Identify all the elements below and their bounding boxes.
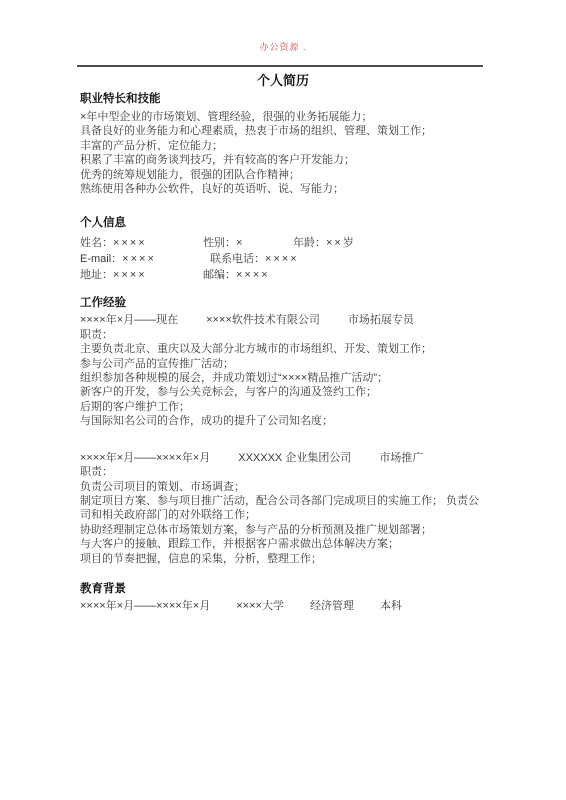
section-experience: 工作经验 ××××年×月——现在 ××××软件技术有限公司 市场拓展专员 职责：…	[80, 296, 482, 566]
field-name: 姓名：××××	[80, 235, 203, 251]
job1-duty: 与国际知名公司的合作，成功的提升了公司知名度；	[80, 414, 482, 428]
education-period: ××××年×月——××××年×月	[80, 599, 210, 613]
job2-duty: 与大客户的接触、跟踪工作，并根据客户需求做出总体解决方案；	[80, 537, 482, 551]
zip-value: ××××	[236, 269, 270, 281]
address-value: ××××	[113, 269, 147, 281]
job2-duty: 制定项目方案、参与项目推广活动，配合公司各部门完成项目的实施工作； 负责公司和相…	[80, 494, 482, 523]
field-address: 地址：××××	[80, 267, 203, 283]
info-row-1: 姓名：×××× 性别：× 年龄：××岁	[80, 235, 482, 251]
skills-heading: 职业特长和技能	[80, 92, 482, 107]
phone-value: ××××	[265, 253, 299, 265]
header-divider	[77, 65, 483, 67]
document-body: 职业特长和技能 ×年中型企业的市场策划、管理经验，很强的业务拓展能力； 具备良好…	[0, 92, 566, 613]
education-heading: 教育背景	[80, 582, 482, 597]
field-gender: 性别：×	[203, 235, 293, 251]
job1-duty: 组织参加各种规模的展会，并成功策划过“××××精品推广活动”；	[80, 371, 482, 385]
section-personal-info: 个人信息 姓名：×××× 性别：× 年龄：××岁 E-mail：×××× 联系电…	[80, 216, 482, 283]
field-phone: 联系电话：××××	[210, 251, 299, 267]
job-entry-2: ××××年×月——××××年×月 XXXXXX 企业集团公司 市场推广 职责： …	[80, 451, 482, 566]
skill-line: 具备良好的业务能力和心理素质，热衷于市场的组织、管理、策划工作；	[80, 124, 482, 138]
skill-line: 优秀的统筹规划能力，很强的团队合作精神；	[80, 168, 482, 182]
age-label: 年龄：	[293, 237, 326, 249]
resume-page: 办公资源 . 个人简历 职业特长和技能 ×年中型企业的市场策划、管理经验，很强的…	[0, 0, 566, 800]
job1-duties-label: 职责：	[80, 328, 482, 342]
section-skills: 职业特长和技能 ×年中型企业的市场策划、管理经验，很强的业务拓展能力； 具备良好…	[80, 92, 482, 196]
job2-position: 市场推广	[379, 451, 423, 465]
job2-duty: 协助经理制定总体市场策划方案，参与产品的分析预测及推广规划部署；	[80, 523, 482, 537]
skill-line: 积累了丰富的商务谈判技巧，并有较高的客户开发能力；	[80, 153, 482, 167]
education-major: 经济管理	[310, 599, 354, 613]
field-email: E-mail：××××	[80, 251, 210, 267]
gender-label: 性别：	[203, 237, 236, 249]
job1-position: 市场拓展专员	[348, 313, 414, 327]
info-row-3: 地址：×××× 邮编：××××	[80, 267, 482, 283]
skill-line: 丰富的产品分析、定位能力；	[80, 139, 482, 153]
zip-label: 邮编：	[203, 269, 236, 281]
job1-period: ××××年×月——现在	[80, 313, 178, 327]
job2-duties-label: 职责：	[80, 465, 482, 479]
section-education: 教育背景 ××××年×月——××××年×月 ××××大学 经济管理 本科	[80, 582, 482, 613]
personal-info-heading: 个人信息	[80, 216, 482, 231]
skill-line: ×年中型企业的市场策划、管理经验，很强的业务拓展能力；	[80, 110, 482, 124]
job2-header: ××××年×月——××××年×月 XXXXXX 企业集团公司 市场推广	[80, 451, 482, 465]
job1-duty: 新客户的开发，参与公关竞标会，与客户的沟通及签约工作；	[80, 385, 482, 399]
job1-duty: 参与公司产品的宣传推广活动；	[80, 357, 482, 371]
info-row-2: E-mail：×××× 联系电话：××××	[80, 251, 482, 267]
job1-company: ××××软件技术有限公司	[206, 313, 320, 327]
email-value: ××××	[122, 253, 156, 265]
phone-label: 联系电话：	[210, 253, 265, 265]
name-value: ××××	[113, 237, 147, 249]
job1-duty: 主要负责北京、重庆以及大部分北方城市的市场组织、开发、策划工作；	[80, 342, 482, 356]
job2-duty: 负责公司项目的策划、市场调查；	[80, 480, 482, 494]
watermark-text: 办公资源 .	[0, 0, 566, 53]
education-degree: 本科	[380, 599, 402, 613]
document-title: 个人简历	[0, 70, 566, 89]
address-label: 地址：	[80, 269, 113, 281]
job1-duty: 后期的客户维护工作；	[80, 400, 482, 414]
skill-line: 熟练使用各种办公软件，良好的英语听、说、写能力；	[80, 182, 482, 196]
field-age: 年龄：××岁	[293, 235, 356, 251]
job2-duty: 项目的节奏把握，信息的采集，分析，整理工作；	[80, 552, 482, 566]
gender-value: ×	[236, 237, 244, 249]
email-label: E-mail：	[80, 253, 122, 265]
experience-heading: 工作经验	[80, 296, 482, 311]
education-school: ××××大学	[236, 599, 284, 613]
field-zip: 邮编：××××	[203, 267, 270, 283]
age-value: ××岁	[326, 237, 356, 249]
education-entry: ××××年×月——××××年×月 ××××大学 经济管理 本科	[80, 599, 482, 613]
job-entry-1: ××××年×月——现在 ××××软件技术有限公司 市场拓展专员 职责： 主要负责…	[80, 313, 482, 428]
name-label: 姓名：	[80, 237, 113, 249]
job2-company: XXXXXX 企业集团公司	[238, 451, 351, 465]
job2-period: ××××年×月——××××年×月	[80, 451, 210, 465]
job1-header: ××××年×月——现在 ××××软件技术有限公司 市场拓展专员	[80, 313, 482, 327]
